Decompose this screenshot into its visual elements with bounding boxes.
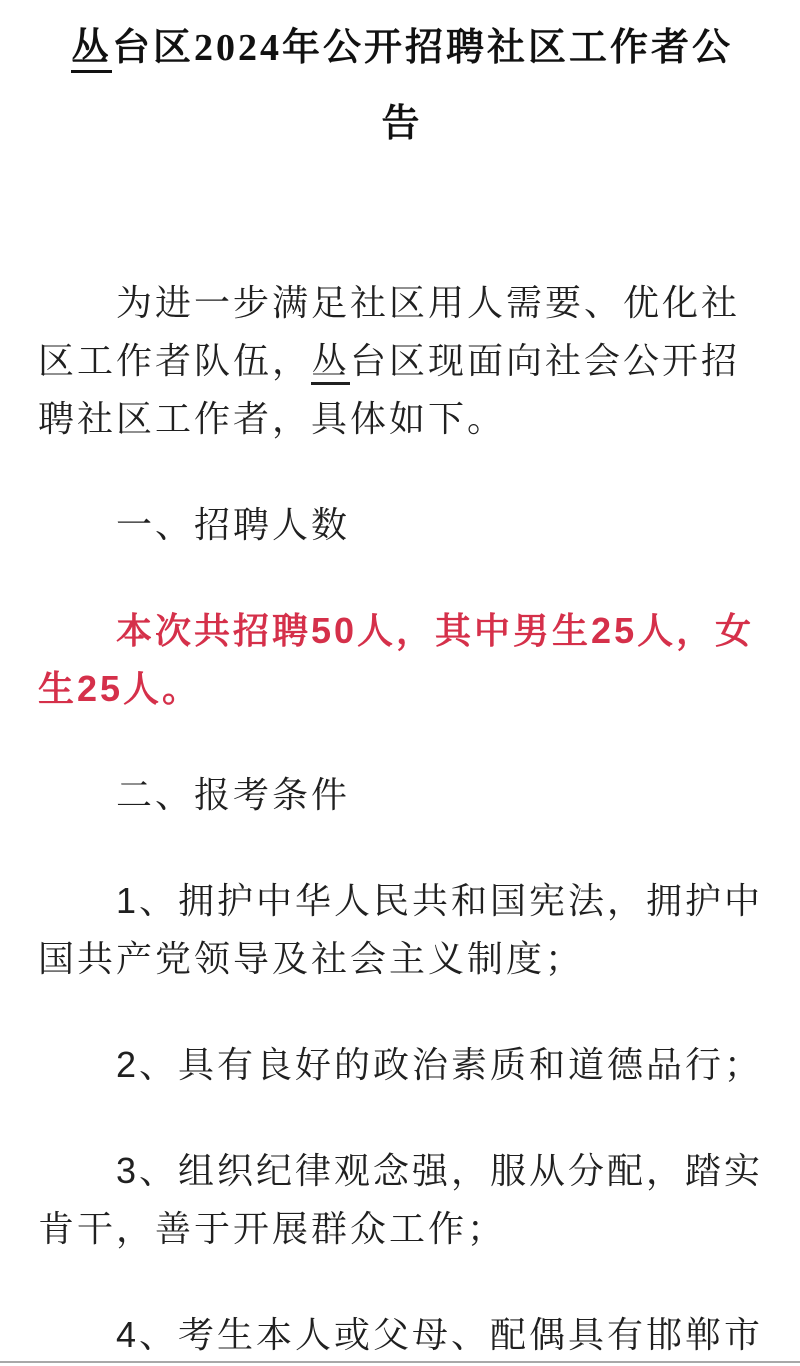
intro-underlined-char: 丛 xyxy=(311,340,350,385)
condition-item-2: 2、具有良好的政治素质和道德品行； xyxy=(38,1036,766,1094)
announcement-page: 丛台区2024年公开招聘社区工作者公 告 为进一步满足社区用人需要、优化社区工作… xyxy=(0,0,800,1364)
recruitment-count-highlight: 本次共招聘50人，其中男生25人，女生25人。 xyxy=(38,602,766,718)
condition-item-4: 4、考生本人或父母、配偶具有邯郸市 xyxy=(38,1306,766,1364)
title-line-1: 丛台区2024年公开招聘社区工作者公 xyxy=(38,10,766,86)
title-line-1-rest: 台区2024年公开招聘社区工作者公 xyxy=(112,27,733,69)
intro-paragraph: 为进一步满足社区用人需要、优化社区工作者队伍，丛台区现面向社会公开招聘社区工作者… xyxy=(38,274,766,448)
announcement-title: 丛台区2024年公开招聘社区工作者公 告 xyxy=(38,10,766,162)
section-2-heading: 二、报考条件 xyxy=(38,766,766,824)
title-line-2: 告 xyxy=(38,86,766,162)
condition-item-1: 1、拥护中华人民共和国宪法，拥护中国共产党领导及社会主义制度； xyxy=(38,872,766,988)
section-1-heading: 一、招聘人数 xyxy=(38,496,766,554)
condition-item-3: 3、组织纪律观念强，服从分配，踏实肯干，善于开展群众工作； xyxy=(38,1142,766,1258)
bottom-divider xyxy=(0,1361,800,1363)
title-underlined-char: 丛 xyxy=(71,27,112,73)
